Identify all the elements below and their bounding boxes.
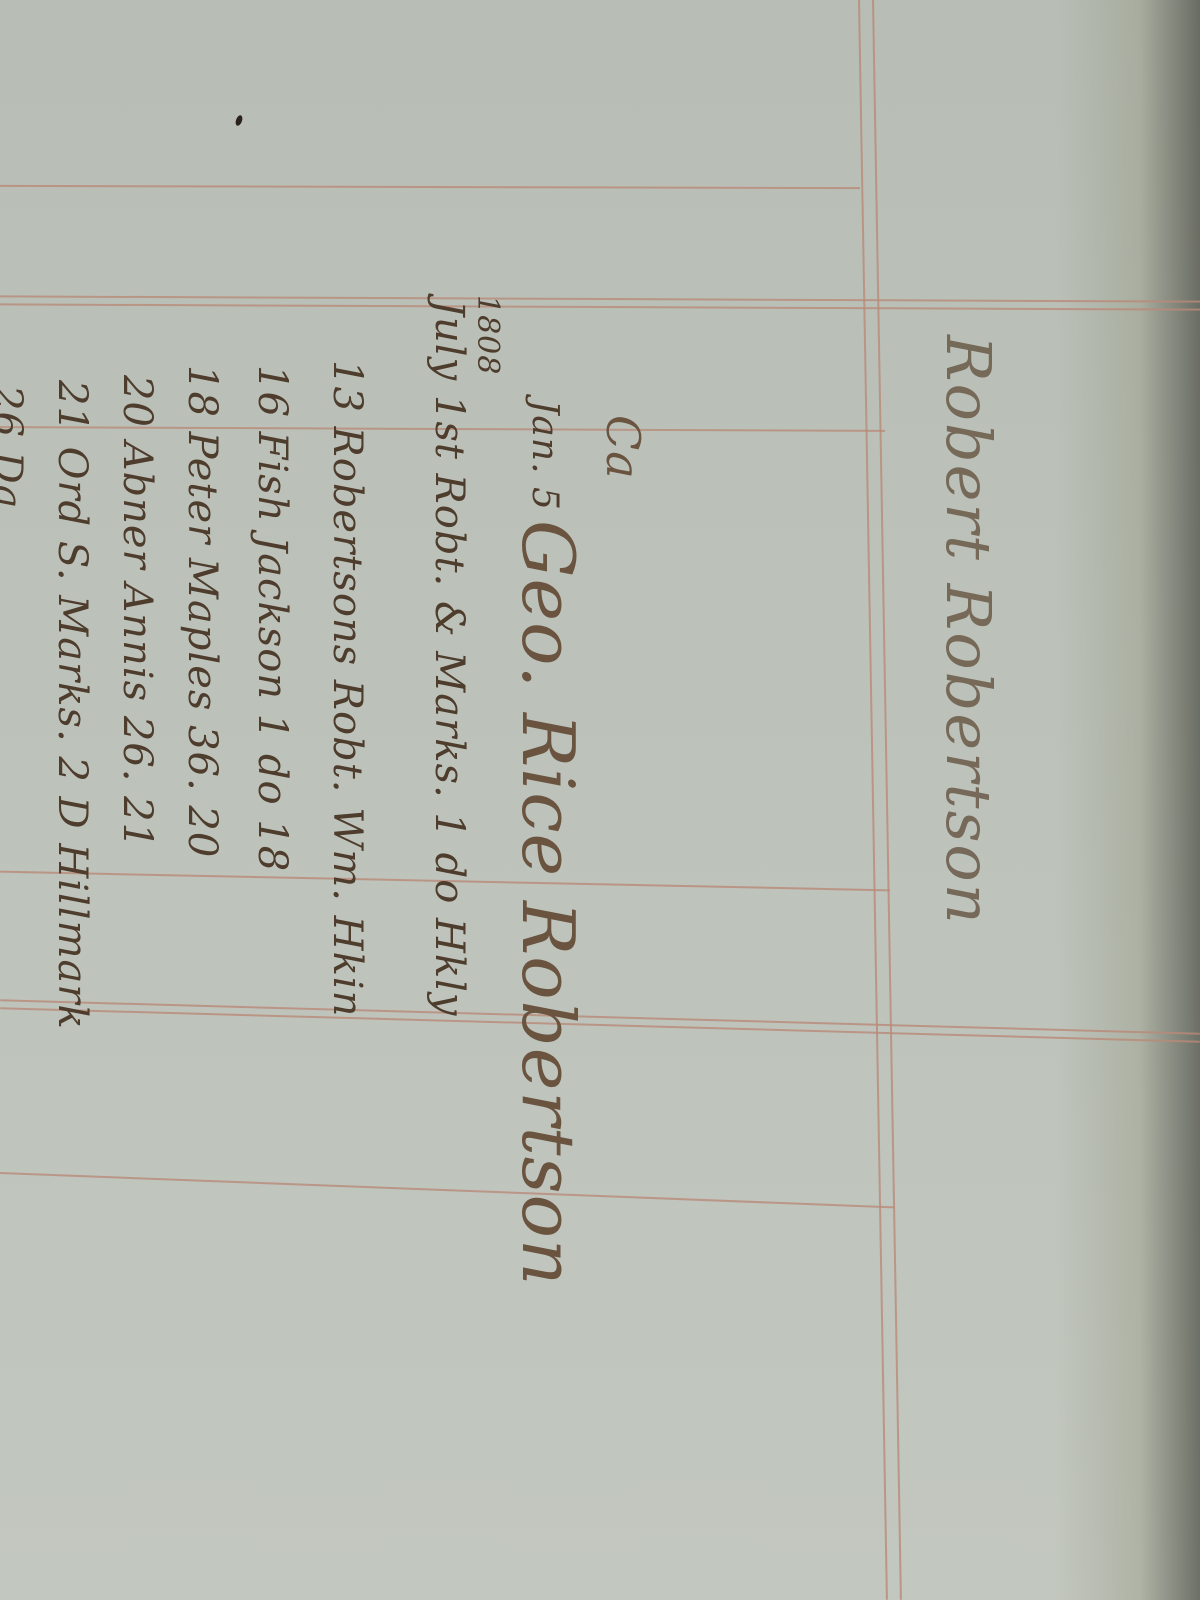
entry-line: 20 Abner Annis 26. 21	[114, 375, 160, 849]
ink-spot	[234, 114, 243, 126]
rule-line	[872, 0, 902, 1600]
ledger-page: Robert Robertson Ca Geo. Rice Robertson …	[0, 0, 1200, 1600]
entry-line: 16 Fish Jackson 1 do 18	[249, 365, 295, 872]
entry-line: 21 Ord S. Marks. 2 D Hillmark	[49, 380, 95, 1030]
rule-line	[0, 295, 1200, 302]
entry-line: July 1st Robt. & Marks. 1 do Hkly	[426, 300, 472, 1017]
entry-title: Geo. Rice Robertson	[506, 520, 590, 1286]
entry-prefix: Ca	[596, 415, 650, 480]
rule-line	[858, 0, 888, 1600]
entry-line: 13 Robertsons Robt. Wm. Hkin	[324, 360, 370, 1017]
name-column-text: Robert Robertson	[932, 335, 1005, 926]
entry-line: 18 Peter Maples 36. 20	[179, 365, 225, 858]
entry-line: Jan. 5	[524, 400, 565, 511]
entry-year: 1808	[470, 295, 505, 375]
rule-line	[0, 1172, 894, 1208]
rule-line	[0, 303, 1200, 310]
rule-line	[0, 999, 1200, 1035]
rule-line	[0, 1007, 1200, 1043]
entry-line: 26 Da...	[0, 385, 30, 551]
rule-line	[0, 185, 860, 189]
